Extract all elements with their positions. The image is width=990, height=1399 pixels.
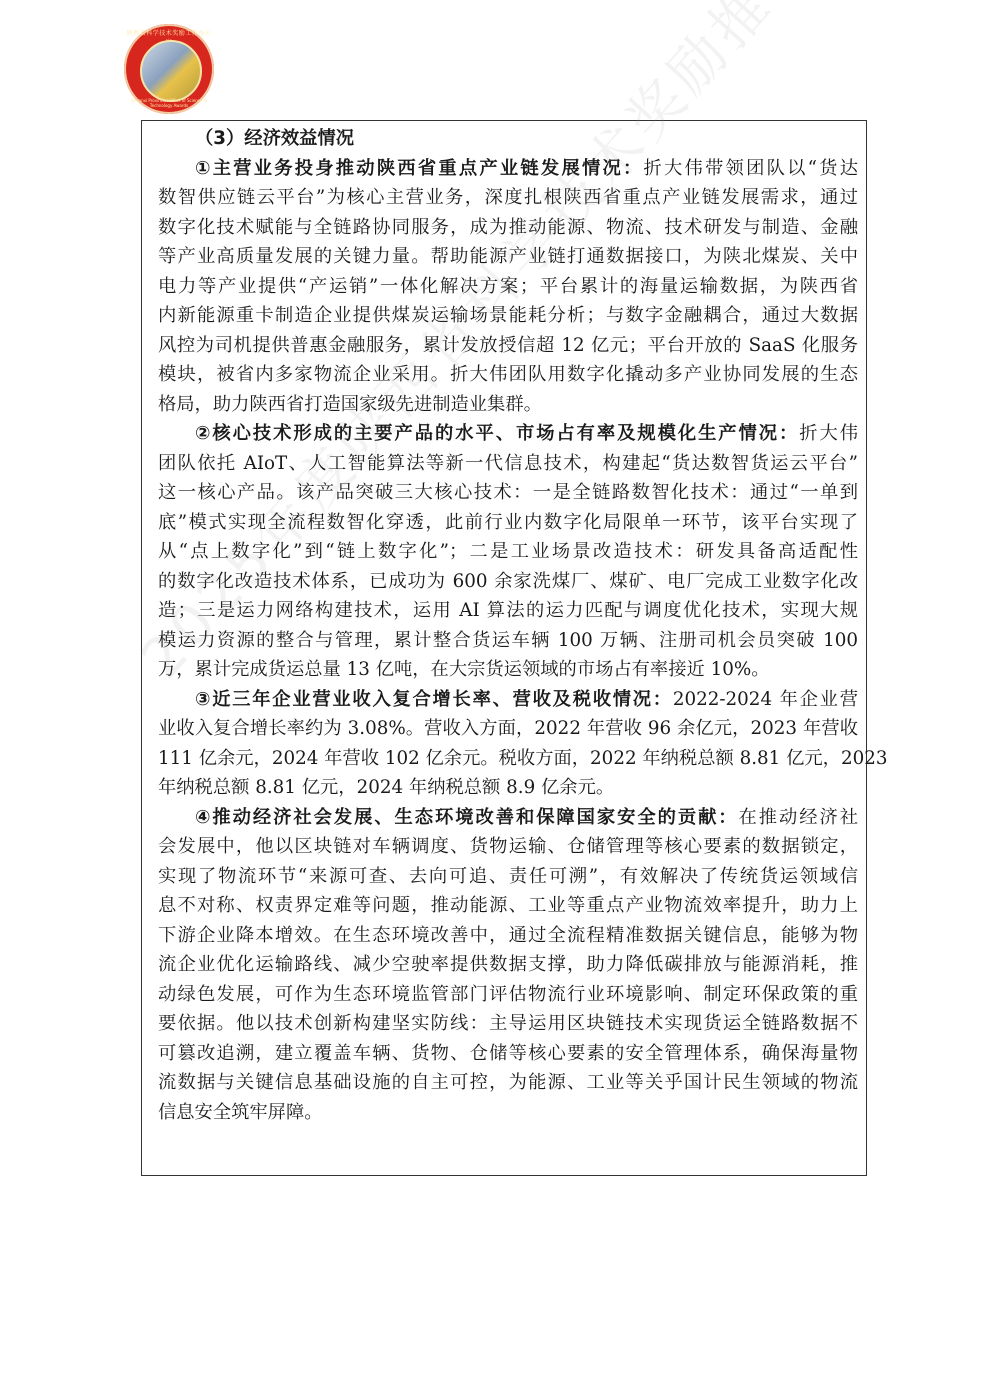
seal-emblem-image — [140, 40, 202, 102]
paragraph-text: 数智供应链云平台”为核心主营业务，深度扎根陕西省重点产业链发展需求，通过 — [158, 187, 858, 208]
paragraph-text: 从“点上数字化”到“链上数字化”；二是工业场景改造技术：研发具备高适配性 — [158, 541, 858, 562]
paragraph-p1: ①主营业务投身推动陕西省重点产业链发展情况：折大伟带领团队以“货达数智供应链云平… — [158, 154, 858, 420]
paragraph-line: 下游企业降本增效。在生态环境改善中，通过全流程精准数据关键信息，能够为物 — [158, 921, 858, 951]
paragraph-p4: ④推动经济社会发展、生态环境改善和保障国家安全的贡献：在推动经济社会发展中，他以… — [158, 803, 858, 1128]
paragraph-line: 团队依托 AIoT、人工智能算法等新一代信息技术，构建起“货达数智货运云平台” — [158, 449, 858, 479]
organization-seal-logo: 陕西省科学技术奖励工作办公室 Shaanxi Provincial Office… — [124, 24, 214, 114]
section-heading: （3）经济效益情况 — [158, 124, 858, 154]
economic-benefit-section: （3）经济效益情况 ①主营业务投身推动陕西省重点产业链发展情况：折大伟带领团队以… — [158, 124, 858, 1127]
paragraph-line: 可篡改追溯，建立覆盖车辆、货物、仓储等核心要素的安全管理体系，确保海量物 — [158, 1039, 858, 1069]
paragraph-text: 流数据与关键信息基础设施的自主可控，为能源、工业等关乎国计民生领域的物流 — [158, 1072, 858, 1093]
paragraph-text: 业收入复合增长率约为 3.08%。营收入方面，2022 年营收 96 余亿元，2… — [158, 718, 858, 739]
seal-bottom-text: Shaanxi Provincial Office of Science & T… — [124, 98, 214, 108]
paragraph-text: 可篡改追溯，建立覆盖车辆、货物、仓储等核心要素的安全管理体系，确保海量物 — [158, 1043, 858, 1064]
paragraph-line: 等产业高质量发展的关键力量。帮助能源产业链打通数据接口，为陕北煤炭、关中 — [158, 242, 858, 272]
paragraph-text: 会发展中，他以区块链对车辆调度、货物运输、仓储管理等核心要素的数据锁定， — [158, 836, 858, 857]
paragraph-line: 数字化技术赋能与全链路协同服务，成为推动能源、物流、技术研发与制造、金融 — [158, 213, 858, 243]
paragraph-line: 数智供应链云平台”为核心主营业务，深度扎根陕西省重点产业链发展需求，通过 — [158, 183, 858, 213]
paragraph-text: 团队依托 AIoT、人工智能算法等新一代信息技术，构建起“货达数智货运云平台” — [158, 453, 858, 474]
paragraph-first-line: ②核心技术形成的主要产品的水平、市场占有率及规模化生产情况：折大伟 — [158, 419, 858, 449]
paragraph-text: 在推动经济社 — [739, 807, 858, 828]
paragraph-text: 格局，助力陕西省打造国家级先进制造业集群。 — [158, 394, 542, 415]
paragraph-text: 息不对称、权责界定难等问题，推动能源、工业等重点产业物流效率提升，助力上 — [158, 895, 858, 916]
paragraph-line: 年纳税总额 8.81 亿元，2024 年纳税总额 8.9 亿余元。 — [158, 773, 858, 803]
paragraph-subheading: ④推动经济社会发展、生态环境改善和保障国家安全的贡献： — [195, 807, 739, 828]
paragraph-line: 流数据与关键信息基础设施的自主可控，为能源、工业等关乎国计民生领域的物流 — [158, 1068, 858, 1098]
paragraph-text: 电力等产业提供“产运销”一体化解决方案；平台累计的海量运输数据，为陕西省 — [158, 276, 858, 297]
paragraph-line: 内新能源重卡制造企业提供煤炭运输场景能耗分析；与数字金融耦合，通过大数据 — [158, 301, 858, 331]
paragraph-text: 模块，被省内多家物流企业采用。折大伟团队用数字化撬动多产业协同发展的生态 — [158, 364, 858, 385]
paragraphs-container: ①主营业务投身推动陕西省重点产业链发展情况：折大伟带领团队以“货达数智供应链云平… — [158, 154, 858, 1128]
paragraph-first-line: ①主营业务投身推动陕西省重点产业链发展情况：折大伟带领团队以“货达 — [158, 154, 858, 184]
paragraph-line: 流企业优化运输路线、减少空驶率提供数据支撑，助力降低碳排放与能源消耗，推 — [158, 950, 858, 980]
paragraph-first-line: ④推动经济社会发展、生态环境改善和保障国家安全的贡献：在推动经济社 — [158, 803, 858, 833]
paragraph-p3: ③近三年企业营业收入复合增长率、营收及税收情况：2022-2024 年企业营业收… — [158, 685, 858, 803]
paragraph-subheading: ③近三年企业营业收入复合增长率、营收及税收情况： — [195, 689, 673, 710]
paragraph-text: 模运力资源的整合与管理，累计整合货运车辆 100 万辆、注册司机会员突破 100 — [158, 630, 858, 651]
paragraph-text: 要依据。他以技术创新构建坚实防线：主导运用区块链技术实现货运全链路数据不 — [158, 1013, 858, 1034]
paragraph-text: 实现了物流环节“来源可查、去向可追、责任可溯”，有效解决了传统货运领域信 — [158, 866, 858, 887]
paragraph-line: 要依据。他以技术创新构建坚实防线：主导运用区块链技术实现货运全链路数据不 — [158, 1009, 858, 1039]
paragraph-text: 年纳税总额 8.81 亿元，2024 年纳税总额 8.9 亿余元。 — [158, 777, 614, 798]
paragraph-text: 内新能源重卡制造企业提供煤炭运输场景能耗分析；与数字金融耦合，通过大数据 — [158, 305, 858, 326]
paragraph-text: 万，累计完成货运总量 13 亿吨，在大宗货运领域的市场占有率接近 10%。 — [158, 659, 769, 680]
paragraph-subheading: ②核心技术形成的主要产品的水平、市场占有率及规模化生产情况： — [195, 423, 799, 444]
paragraph-line: 电力等产业提供“产运销”一体化解决方案；平台累计的海量运输数据，为陕西省 — [158, 272, 858, 302]
paragraph-text: 折大伟带领团队以“货达 — [644, 158, 858, 179]
paragraph-line: 从“点上数字化”到“链上数字化”；二是工业场景改造技术：研发具备高适配性 — [158, 537, 858, 567]
paragraph-line: 万，累计完成货运总量 13 亿吨，在大宗货运领域的市场占有率接近 10%。 — [158, 655, 858, 685]
paragraph-text: 信息安全筑牢屏障。 — [158, 1102, 323, 1123]
paragraph-subheading: ①主营业务投身推动陕西省重点产业链发展情况： — [195, 158, 644, 179]
paragraph-line: 格局，助力陕西省打造国家级先进制造业集群。 — [158, 390, 858, 420]
paragraph-text: 底”模式实现全流程数智化穿透，此前行业内数字化局限单一环节，该平台实现了 — [158, 512, 858, 533]
paragraph-text: 动绿色发展，可作为生态环境监管部门评估物流行业环境影响、制定环保政策的重 — [158, 984, 858, 1005]
paragraph-line: 实现了物流环节“来源可查、去向可追、责任可溯”，有效解决了传统货运领域信 — [158, 862, 858, 892]
paragraph-line: 风控为司机提供普惠金融服务，累计发放授信超 12 亿元；平台开放的 SaaS 化… — [158, 331, 858, 361]
paragraph-line: 底”模式实现全流程数智化穿透，此前行业内数字化局限单一环节，该平台实现了 — [158, 508, 858, 538]
paragraph-line: 造；三是运力网络构建技术，运用 AI 算法的运力匹配与调度优化技术，实现大规 — [158, 596, 858, 626]
paragraph-text: 的数字化改造技术体系，已成功为 600 余家洗煤厂、煤矿、电厂完成工业数字化改 — [158, 571, 858, 592]
paragraph-text: 111 亿余元，2024 年营收 102 亿余元。税收方面，2022 年纳税总额… — [158, 748, 888, 769]
paragraph-text: 风控为司机提供普惠金融服务，累计发放授信超 12 亿元；平台开放的 SaaS 化… — [158, 335, 858, 356]
paragraph-text: 折大伟 — [799, 423, 858, 444]
paragraph-line: 模块，被省内多家物流企业采用。折大伟团队用数字化撬动多产业协同发展的生态 — [158, 360, 858, 390]
paragraph-line: 这一核心产品。该产品突破三大核心技术：一是全链路数智化技术：通过“一单到 — [158, 478, 858, 508]
paragraph-text: 数字化技术赋能与全链路协同服务，成为推动能源、物流、技术研发与制造、金融 — [158, 217, 858, 238]
paragraph-first-line: ③近三年企业营业收入复合增长率、营收及税收情况：2022-2024 年企业营 — [158, 685, 858, 715]
paragraph-line: 业收入复合增长率约为 3.08%。营收入方面，2022 年营收 96 余亿元，2… — [158, 714, 858, 744]
paragraph-line: 的数字化改造技术体系，已成功为 600 余家洗煤厂、煤矿、电厂完成工业数字化改 — [158, 567, 858, 597]
paragraph-line: 信息安全筑牢屏障。 — [158, 1098, 858, 1128]
paragraph-line: 息不对称、权责界定难等问题，推动能源、工业等重点产业物流效率提升，助力上 — [158, 891, 858, 921]
paragraph-text: 这一核心产品。该产品突破三大核心技术：一是全链路数智化技术：通过“一单到 — [158, 482, 858, 503]
paragraph-line: 会发展中，他以区块链对车辆调度、货物运输、仓储管理等核心要素的数据锁定， — [158, 832, 858, 862]
paragraph-text: 造；三是运力网络构建技术，运用 AI 算法的运力匹配与调度优化技术，实现大规 — [158, 600, 858, 621]
paragraph-text: 2022-2024 年企业营 — [673, 689, 858, 710]
paragraph-p2: ②核心技术形成的主要产品的水平、市场占有率及规模化生产情况：折大伟团队依托 AI… — [158, 419, 858, 685]
paragraph-line: 模运力资源的整合与管理，累计整合货运车辆 100 万辆、注册司机会员突破 100 — [158, 626, 858, 656]
paragraph-text: 等产业高质量发展的关键力量。帮助能源产业链打通数据接口，为陕北煤炭、关中 — [158, 246, 858, 267]
paragraph-text: 流企业优化运输路线、减少空驶率提供数据支撑，助力降低碳排放与能源消耗，推 — [158, 954, 858, 975]
paragraph-line: 动绿色发展，可作为生态环境监管部门评估物流行业环境影响、制定环保政策的重 — [158, 980, 858, 1010]
paragraph-text: 下游企业降本增效。在生态环境改善中，通过全流程精准数据关键信息，能够为物 — [158, 925, 858, 946]
paragraph-line: 111 亿余元，2024 年营收 102 亿余元。税收方面，2022 年纳税总额… — [158, 744, 858, 774]
